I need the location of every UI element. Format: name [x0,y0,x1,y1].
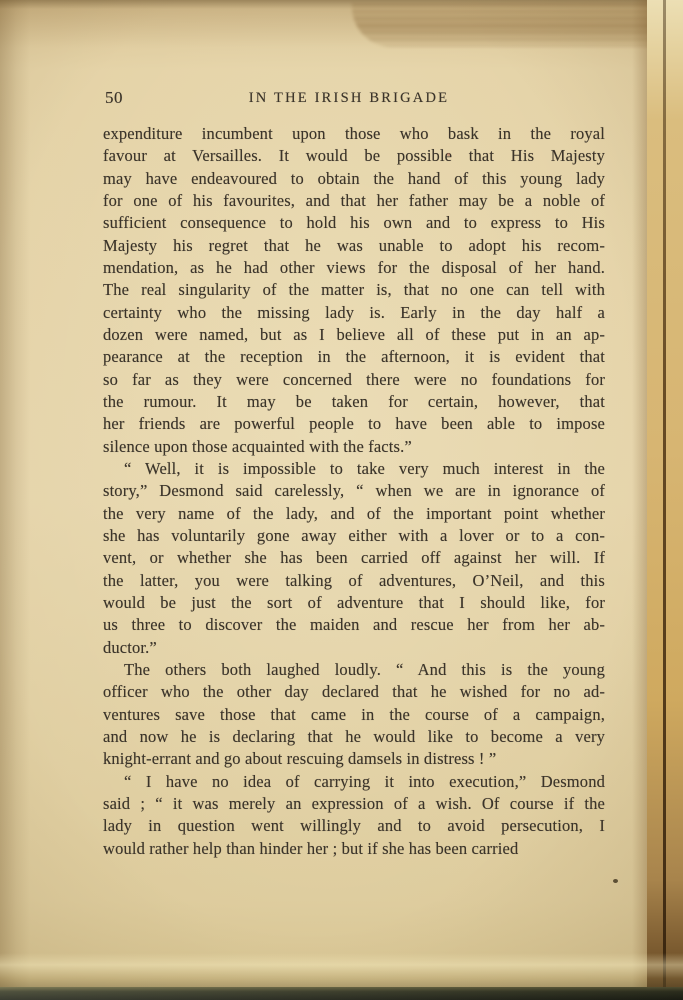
page-header: 50 IN THE IRISH BRIGADE [103,88,605,110]
text-line: her friends are powerful people to have … [103,413,605,435]
bottom-cover-edge [0,987,683,1000]
text-line: lady in question went willingly and to a… [103,815,605,837]
text-line: pearance at the reception in the afterno… [103,346,605,368]
text-line: Majesty his regret that he was unable to… [103,235,605,257]
text-line: expenditure incumbent upon those who bas… [103,123,605,145]
right-page-stack-edge [647,0,683,1000]
text-line: “ Well, it is impossible to take very mu… [103,458,605,480]
text-line: us three to discover the maiden and resc… [103,614,605,636]
page-number: 50 [105,88,123,108]
top-edge-shadow [0,0,683,48]
text-line: the latter, you were talking of adventur… [103,570,605,592]
text-line: for one of his favourites, and that her … [103,190,605,212]
page-content: 50 IN THE IRISH BRIGADE expenditure incu… [103,88,605,860]
page-text: expenditure incumbent upon those who bas… [103,123,605,860]
page-curl-shadow [352,3,657,47]
text-line: officer who the other day declared that … [103,681,605,703]
text-line: sufficient consequence to hold his own a… [103,212,605,234]
text-line: would rather help than hinder her ; but … [103,838,605,860]
text-line: silence upon those acquainted with the f… [103,436,605,458]
text-line: story,” Desmond said carelessly, “ when … [103,480,605,502]
text-line: mendation, as he had other views for the… [103,257,605,279]
text-line: The real singularity of the matter is, t… [103,279,605,301]
text-line: “ I have no idea of carrying it into exe… [103,771,605,793]
text-line: and now he is declaring that he would li… [103,726,605,748]
text-line: The others both laughed loudly. “ And th… [103,659,605,681]
bottom-page-curve-shade [0,953,683,987]
text-line: she has voluntarily gone away either wit… [103,525,605,547]
text-line: so far as they were concerned there were… [103,369,605,391]
text-line: the very name of the lady, and of the im… [103,503,605,525]
text-line: vent, or whether she has been carried of… [103,547,605,569]
text-line: would be just the sort of adventure that… [103,592,605,614]
ink-speck [613,879,618,883]
text-line: the rumour. It may be taken for certain,… [103,391,605,413]
text-line: knight-errant and go about rescuing dams… [103,748,605,770]
text-line: certainty who the missing lady is. Early… [103,302,605,324]
text-line: dozen were named, but as I believe all o… [103,324,605,346]
running-title: IN THE IRISH BRIGADE [249,90,449,107]
gutter-shadow [0,0,30,1000]
text-line: may have endeavoured to obtain the hand … [103,168,605,190]
text-line: ductor.” [103,637,605,659]
book-page-scan: 50 IN THE IRISH BRIGADE expenditure incu… [0,0,683,1000]
text-line: ventures save those that came in the cou… [103,704,605,726]
text-line: favour at Versailles. It would be possib… [103,145,605,167]
text-line: said ; “ it was merely an expression of … [103,793,605,815]
